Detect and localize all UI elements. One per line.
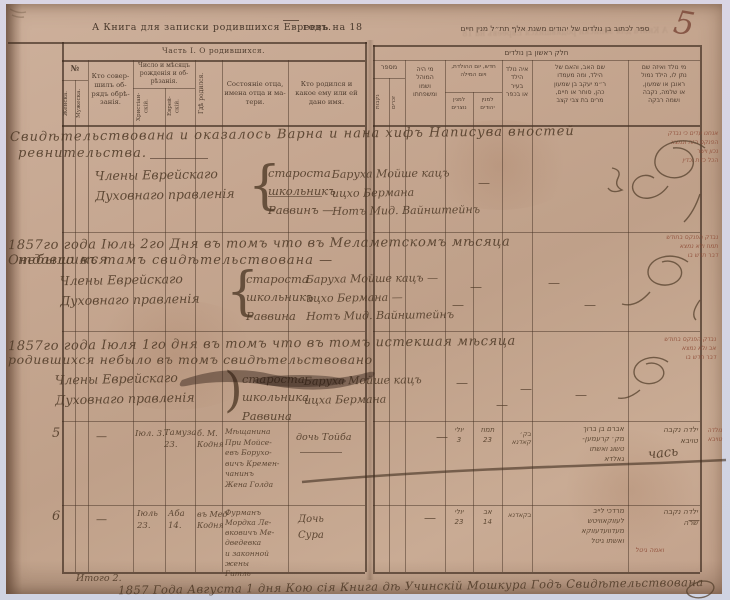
pen-stroke	[150, 158, 208, 159]
header-no: №	[62, 63, 88, 73]
dash-mark: —	[424, 511, 436, 525]
cert3-signatures: Баруха Мойше кацъ ицха Бермана	[304, 371, 422, 410]
brace-mark: )	[224, 362, 243, 418]
table-rule	[373, 421, 700, 422]
row6-father: Фурманъ Мордка Ле- вковичъ Ме- дведевка …	[225, 508, 287, 579]
pen-stroke	[300, 452, 342, 453]
table-rule	[373, 331, 700, 332]
row5-rite-dash: —	[96, 430, 107, 443]
row6-where-born: въ Мед Кодня	[197, 509, 228, 531]
row5-where-born: б. М. Кодня	[197, 428, 224, 450]
row6-number: 6	[52, 509, 60, 524]
book-title-left: А Книга для записки родившихся Евреевъ н…	[92, 22, 292, 34]
row5-heb-where: בק׳ קאדנא	[503, 430, 531, 446]
row5-cursive-extra: чась	[647, 444, 679, 462]
dash-mark: —	[496, 398, 508, 412]
table-rule	[373, 572, 700, 574]
cert3-hebrew-note: נבדק הפנקס בחודש אב ולא נמצא דבר חדש בו	[586, 335, 716, 362]
table-rule	[133, 88, 195, 89]
year-blank-dash	[283, 20, 299, 21]
header-father-status: Состояніе отца, имена отца и ма- тери.	[223, 80, 287, 106]
header-heb-father-status: שם האב, והאם של הילד, ומה מעמדו ר״מ יעקב…	[533, 64, 627, 106]
header-child-name: Кто родился и какое ему или ей дано имя.	[289, 80, 364, 106]
cert1-hebrew-note: אנחנו עדים כי נבדק הפנקס הזה ונמצא נכון …	[586, 129, 718, 165]
dash-mark: —	[575, 388, 587, 402]
table-rule	[62, 232, 365, 233]
cert2-hebrew-note: נבדק הפנקס בחודש תמוז ולא נמצא דבר חדש ב…	[588, 233, 718, 260]
row5-margin-note: נולדה טויבא	[696, 426, 722, 444]
table-rule	[62, 331, 365, 332]
dash-mark: —	[456, 376, 468, 390]
dash-mark: —	[688, 513, 700, 527]
header-heb-child-name: מי נולד ואיזה שם נתן לו, הילד נמול ראובן…	[629, 64, 699, 106]
header-date-christian: Христіан- скій.	[136, 90, 162, 123]
header-heb-number: מספר	[374, 63, 404, 72]
cert2-line2: небыло въ тамъ свидѣтельствована —	[18, 253, 333, 268]
row5-father: Мѣщанина При Мойсе- евъ Борухо- вичъ Кре…	[225, 427, 287, 490]
header-female: Женска.	[63, 83, 74, 123]
row6-heb-where: בקאדנא	[503, 511, 531, 519]
registry-book-scan: А Книга для записки родившихся Евреевъ н…	[0, 0, 730, 600]
header-rite: Кто совер- шилъ об- рядъ обрѣ- занія.	[89, 72, 132, 107]
dash-mark: —	[452, 298, 464, 312]
row5-number: 5	[52, 426, 60, 441]
table-rule	[165, 88, 166, 572]
row6-rite-dash: —	[96, 513, 107, 526]
section-title-right-hebrew: חלק ראשון בן נולדים	[373, 48, 700, 58]
header-date-group: Число и мѣсяцъ рожденія и об- рѣзанія.	[134, 62, 194, 86]
table-rule	[62, 421, 365, 422]
table-rule	[700, 45, 702, 572]
dash-mark: —	[548, 276, 560, 290]
dash-mark: —	[470, 280, 482, 294]
row6-margin-note: ואמה גיטל	[604, 546, 664, 556]
section-title-left: Часть I. О родившихся.	[62, 46, 365, 56]
cert3-roles: староста школьника Раввина	[242, 370, 309, 425]
cert1-line2: ревнительства.	[18, 146, 147, 161]
row6-heb-date-christian: יולי 23	[446, 508, 472, 528]
header-heb-count-jewish: למנין יהודים	[474, 97, 501, 112]
dash-mark: —	[436, 430, 448, 444]
table-rule	[373, 45, 700, 47]
pen-stroke	[268, 196, 322, 197]
row5-heb-date-jewish: תמוז 23	[474, 426, 501, 446]
row6-child-name: Дочь Сура	[298, 512, 324, 544]
row5-date-christian: Іюл. 3.	[135, 429, 165, 439]
header-heb-date-group: חדש, יום ההולדת, ויום המילה	[446, 64, 501, 80]
row6-date-jewish: Аба 14.	[168, 509, 185, 533]
row6-heb-father: מרדכי לייב לעווקאוויטש מעדוועדעווקא ואשת…	[536, 506, 624, 547]
header-heb-where-born: איה נולד הילד בעיר או בכפר	[503, 66, 531, 99]
cert2-signatures: Баруха Мойше кацъ — ицхо Бермана — Нотъ …	[306, 269, 455, 327]
row5-child-name: дочь Тойба	[296, 432, 351, 443]
book-title-right-hebrew: ספר לכתוב בן נולדים של יהודים משנת אלף ת…	[430, 24, 680, 34]
total-line: Итого 2.	[76, 573, 122, 584]
header-where-born: Гдѣ родился.	[198, 64, 219, 122]
dash-mark: —	[584, 298, 596, 312]
row6-heb-date-jewish: אב 14	[474, 508, 501, 528]
header-date-jewish: Еврей- скій.	[167, 90, 193, 123]
book-title-year-word: годъ.	[303, 22, 347, 34]
cert2-roles: староста школьникъ Раввина	[246, 270, 314, 325]
header-heb-count-christian: למנין נוצרים	[446, 97, 472, 112]
cert2-members: Члены Еврейскаго Духовнаго правленія	[60, 269, 200, 311]
table-rule	[373, 60, 700, 61]
dash-mark: —	[520, 382, 532, 396]
row5-heb-date-christian: יולי 3	[446, 426, 472, 446]
book-spine-shadow	[6, 4, 22, 594]
cert1-members: Члены Еврейскаго Духовнаго правленія	[95, 164, 235, 206]
cert1-signatures: Баруха Мойше кацъ ицхо Бермана Нотъ Мид.…	[332, 164, 481, 222]
header-heb-males: זכרים	[391, 82, 403, 122]
row5-date-jewish: Тамуза 23.	[164, 428, 196, 452]
table-rule	[62, 505, 365, 506]
cert1-roles: староста школьникъ Раввинъ —	[268, 164, 336, 219]
table-rule	[62, 60, 365, 62]
row5-heb-father: אברם בן ברוך מק׳ קרעמען- טשוג ואשתו גאלד…	[536, 424, 624, 465]
cert3-line2: родившихся небыло въ томъ свидѣтельствов…	[8, 352, 373, 367]
row6-date-christian: Іюль 23.	[137, 509, 158, 533]
row5-heb-child-name: ילדה נקבה טויבא	[630, 424, 698, 447]
header-heb-females: נקבות	[375, 82, 387, 122]
header-heb-mohel: מי היה המוהל ושמו ומשפחתו	[406, 66, 444, 99]
cert3-members: Члены Еврейскаго Духовнаго правленія	[55, 368, 195, 411]
dash-mark: —	[478, 176, 490, 190]
header-male: Мужеска.	[76, 83, 87, 123]
